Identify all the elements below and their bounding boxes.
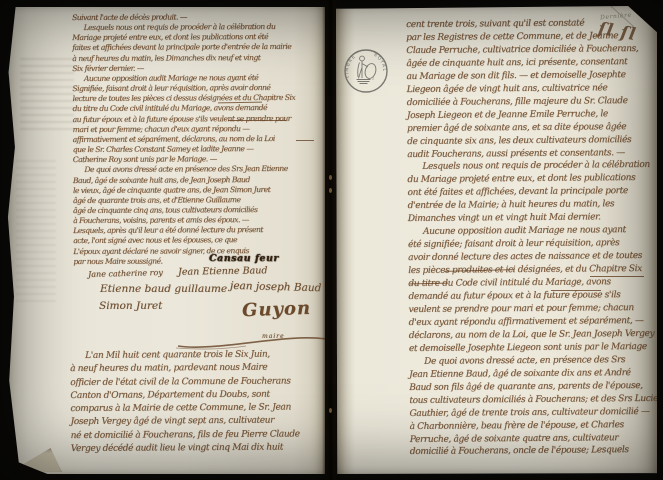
- right-page: Dernière ſl ſl TIMBRE ROYAL 2 ce: [336, 6, 657, 474]
- signature-mayor-guyon: Guyon: [242, 298, 312, 321]
- document-scan: Suivant l'acte de décès produit. — Lesqu…: [0, 0, 663, 480]
- ink-bleedthrough: [16, 157, 56, 307]
- left-page: Suivant l'acte de décès produit. — Lesqu…: [6, 7, 325, 474]
- signature-jean-joseph-baud: jean joseph Baud: [230, 280, 322, 294]
- handwritten-line: domiciliée à Foucherans, fille majeure d…: [407, 95, 657, 110]
- handwritten-line: lecture de toutes les pièces ci dessus d…: [72, 93, 322, 104]
- mariage-underline: [551, 290, 601, 291]
- signature-etienne-baud-guillaume: Etienne baud guillaume: [100, 283, 227, 295]
- handwritten-line: De quoi avons dressé acte en présence de…: [73, 164, 323, 175]
- handwritten-line: au futur époux et à la future épouse s'i…: [73, 113, 323, 124]
- loi-underline: [296, 140, 314, 141]
- chapitre-six-underline: [590, 276, 644, 277]
- signature-jane-catherine-roy: Jane catherine roy: [88, 268, 163, 279]
- handwritten-line: Vergey décédé audit lieu le vingt cinq M…: [71, 441, 323, 456]
- handwritten-line: au Mariage de son dit fils. — et demoise…: [406, 69, 656, 84]
- handwritten-line: comparus à la Mairie de cette Commune, l…: [70, 401, 322, 416]
- binding-stitch: [329, 188, 332, 193]
- handwritten-line: Aucune opposition audit Mariage ne nous …: [408, 224, 657, 239]
- handwritten-line: à Charbonnière, beau frère de l'épouse, …: [410, 418, 657, 433]
- handwritten-line: ont été faites et affichées, devant la p…: [407, 185, 657, 200]
- marriage-act-2-text: L'an Mil huit cent quarante trois le Six…: [70, 348, 323, 456]
- handwritten-line: par nous Maire soussigné.: [73, 255, 323, 266]
- signature-simon-juret: Simon Juret: [99, 300, 162, 312]
- binding-stitch: [329, 408, 332, 413]
- handwritten-line: officier de l'état civil de la Commune d…: [70, 375, 322, 390]
- handwritten-line: domicilié à Foucherans, oncle de l'épous…: [410, 444, 657, 459]
- handwritten-line: faites et affichées devant la principale…: [72, 42, 322, 53]
- timbre-royal-stamp: TIMBRE ROYAL 2: [343, 48, 389, 94]
- stamp-number: 2: [372, 77, 374, 81]
- bold-ink-note: Cansau feur: [209, 253, 279, 264]
- binding-stitch: [329, 175, 332, 180]
- marriage-act-1-text: Suivant l'acte de décès produit. — Lesqu…: [72, 12, 323, 267]
- torn-corner-fold: [10, 448, 62, 472]
- signature-jean-etienne-baud: Jean Etienne Baud: [178, 265, 268, 278]
- ink-bleedthrough: [20, 57, 74, 135]
- mariage-underline: [228, 120, 286, 121]
- handwritten-line: né et domicilié à Foucherans, fils de fe…: [71, 428, 323, 443]
- marriage-act-2-continuation-text: cent trente trois, suivant qu'il est con…: [406, 17, 657, 460]
- stamp-figure-icon: [357, 56, 378, 83]
